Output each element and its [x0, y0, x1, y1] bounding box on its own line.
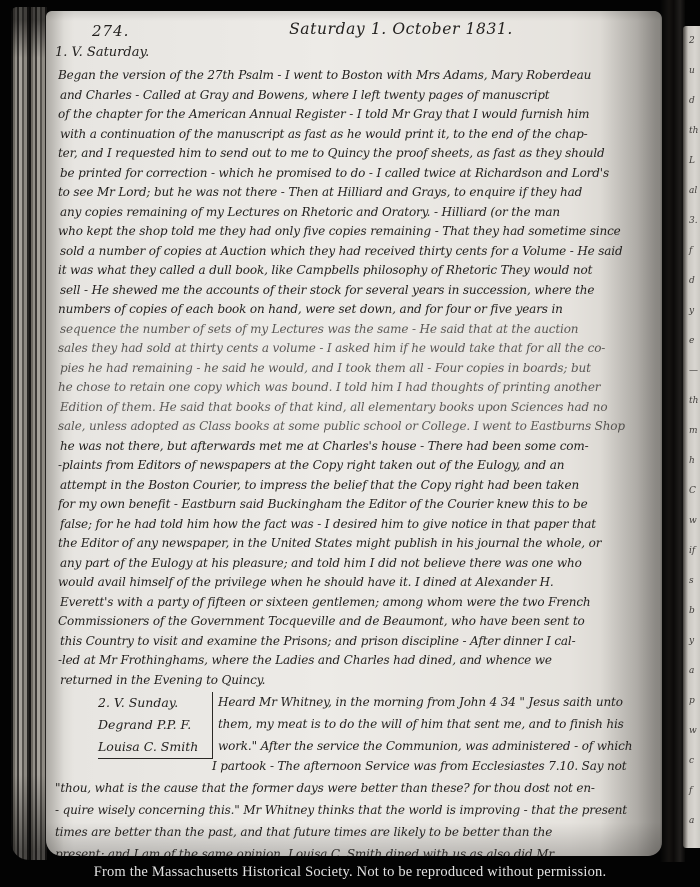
manuscript-line: Everett's with a party of fifteen or six…	[60, 593, 658, 613]
manuscript-line: to see Mr Lord; but he was not there - T…	[58, 183, 658, 203]
manuscript-line: "thou, what is the cause that the former…	[55, 777, 659, 799]
text-fragment: u	[683, 56, 700, 86]
manuscript-line: and Charles - Called at Gray and Bowens,…	[60, 86, 658, 106]
manuscript-line: would avail himself of the privilege whe…	[58, 573, 658, 593]
manuscript-line: false; for he had told him how the fact …	[60, 515, 658, 535]
page-number: 274.	[92, 22, 129, 40]
book-gutter-shadow	[660, 0, 685, 862]
repository-caption: From the Massachusetts Historical Societ…	[94, 864, 607, 881]
manuscript-line: them, my meat is to do the will of him t…	[218, 713, 658, 735]
manuscript-line: this Country to visit and examine the Pr…	[60, 632, 658, 652]
manuscript-line: numbers of copies of each book on hand, …	[58, 300, 658, 320]
manuscript-line: he chose to retain one copy which was bo…	[58, 378, 658, 398]
entry1-body: Began the version of the 27th Psalm - I …	[58, 66, 658, 690]
manuscript-line: pies he had remaining - he said he would…	[60, 359, 658, 379]
manuscript-line: who kept the shop told me they had only …	[58, 222, 658, 242]
manuscript-line: - quire wisely concerning this." Mr Whit…	[55, 799, 659, 821]
text-fragment: c	[683, 746, 700, 776]
text-fragment: d	[683, 86, 700, 116]
manuscript-line: any copies remaining of my Lectures on R…	[60, 203, 658, 223]
date-heading: Saturday 1. October 1831.	[246, 20, 556, 38]
text-fragment: L	[683, 146, 700, 176]
manuscript-line: Heard Mr Whitney, in the morning from Jo…	[218, 691, 658, 713]
entry2-side-body: Heard Mr Whitney, in the morning from Jo…	[218, 691, 658, 757]
manuscript-line: sold a number of copies at Auction which…	[60, 242, 658, 262]
manuscript-scan: 274. Saturday 1. October 1831. 1. V. Sat…	[0, 0, 700, 887]
manuscript-line: sales they had sold at thirty cents a vo…	[58, 339, 658, 359]
text-fragment: 3.	[683, 206, 700, 236]
manuscript-line: sale, unless adopted as Class books at s…	[58, 417, 658, 437]
manuscript-line: he was not there, but afterwards met me …	[60, 437, 658, 457]
entry2-margin-block: 2. V. Sunday. Degrand P.P. F.Louisa C. S…	[98, 692, 213, 759]
text-fragment: th	[683, 386, 700, 416]
manuscript-line: times are better than the past, and that…	[55, 821, 659, 843]
text-fragment: h	[683, 446, 700, 476]
manuscript-line: Edition of them. He said that books of t…	[60, 398, 658, 418]
manuscript-line: attempt in the Boston Courier, to impres…	[60, 476, 658, 496]
margin-name: Louisa C. Smith	[98, 736, 208, 758]
entry2-partook-line: I partook - The afternoon Service was fr…	[212, 759, 626, 773]
facing-page-sliver: 2udthLal3.fdye—thmhCwifsbyapwcfa	[683, 26, 700, 848]
manuscript-line: Commissioners of the Government Tocquevi…	[58, 612, 658, 632]
manuscript-line: -plaints from Editors of newspapers at t…	[58, 456, 658, 476]
entry1-label: 1. V. Saturday.	[55, 45, 149, 60]
text-fragment: 2	[683, 26, 700, 56]
text-fragment: f	[683, 776, 700, 806]
text-fragment: a	[683, 656, 700, 686]
manuscript-page: 274. Saturday 1. October 1831. 1. V. Sat…	[46, 11, 662, 856]
margin-name: Degrand P.P. F.	[98, 714, 208, 736]
manuscript-line: Began the version of the 27th Psalm - I …	[58, 66, 658, 86]
text-fragment: th	[683, 116, 700, 146]
text-fragment: w	[683, 506, 700, 536]
manuscript-line: with a continuation of the manuscript as…	[60, 125, 658, 145]
text-fragment: —	[683, 356, 700, 386]
text-fragment: d	[683, 266, 700, 296]
text-fragment: s	[683, 566, 700, 596]
manuscript-line: sell - He shewed me the accounts of thei…	[60, 281, 658, 301]
manuscript-line: of the chapter for the American Annual R…	[58, 105, 658, 125]
text-fragment: al	[683, 176, 700, 206]
text-fragment: e	[683, 326, 700, 356]
manuscript-line: for my own benefit - Eastburn said Bucki…	[58, 495, 658, 515]
entry2-margin-names: Degrand P.P. F.Louisa C. Smith	[98, 714, 208, 758]
entry2-label: 2. V. Sunday.	[98, 692, 208, 714]
text-fragment: b	[683, 596, 700, 626]
text-fragment: w	[683, 716, 700, 746]
text-fragment: C	[683, 476, 700, 506]
manuscript-line: sequence the number of sets of my Lectur…	[60, 320, 658, 340]
text-fragment: if	[683, 536, 700, 566]
text-fragment: a	[683, 806, 700, 836]
manuscript-line: the Editor of any newspaper, in the Unit…	[58, 534, 658, 554]
text-fragment: f	[683, 236, 700, 266]
text-fragment: m	[683, 416, 700, 446]
book-page-edges	[11, 7, 47, 860]
entry2-continuation: "thou, what is the cause that the former…	[55, 777, 659, 856]
text-fragment: y	[683, 296, 700, 326]
manuscript-line: -led at Mr Frothinghams, where the Ladie…	[58, 651, 658, 671]
manuscript-line: returned in the Evening to Quincy.	[60, 671, 658, 691]
manuscript-line: be printed for correction - which he pro…	[60, 164, 658, 184]
manuscript-line: present; and I am of the same opinion. L…	[55, 843, 659, 856]
manuscript-line: work." After the service the Communion, …	[218, 735, 658, 757]
text-fragment: p	[683, 686, 700, 716]
caption-bar: From the Massachusetts Historical Societ…	[0, 858, 700, 887]
manuscript-line: ter, and I requested him to send out to …	[58, 144, 658, 164]
manuscript-line: any part of the Eulogy at his pleasure; …	[60, 554, 658, 574]
manuscript-line: it was what they called a dull book, lik…	[58, 261, 658, 281]
text-fragment: y	[683, 626, 700, 656]
